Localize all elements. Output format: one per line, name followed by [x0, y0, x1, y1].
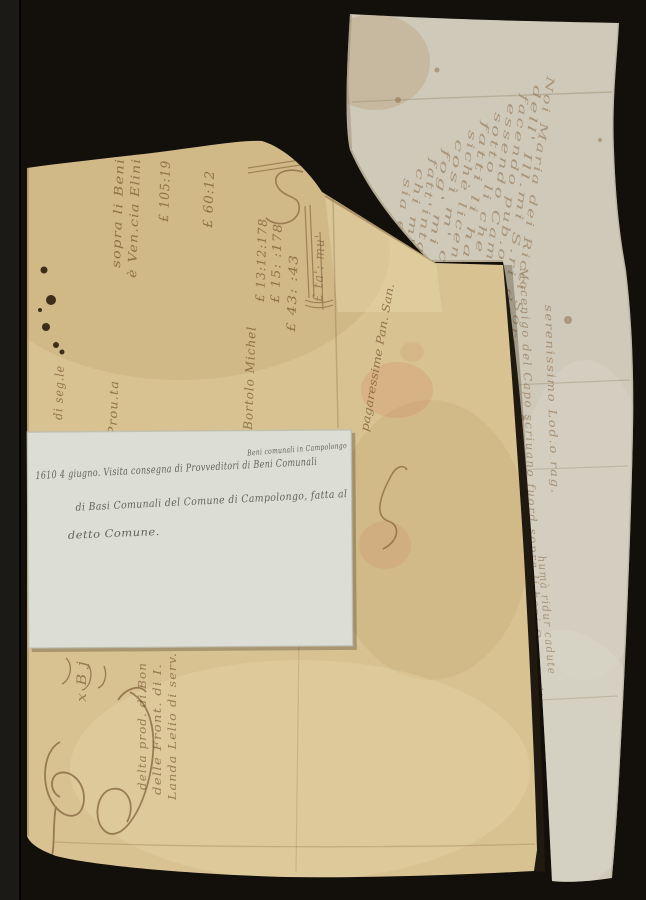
- red-stain-lower: [359, 521, 411, 569]
- account-entry: di seg.le: [51, 365, 67, 420]
- account-entry: £ 15: :178: [268, 223, 285, 305]
- handwritten-line: x B j: [75, 660, 90, 702]
- photo-backdrop: Noi Maria dei Ricci Soranzo Mocenigo del…: [0, 0, 646, 900]
- account-entry: £ 105:19: [157, 160, 174, 223]
- backdrop-left-strip: [0, 0, 19, 900]
- account-entry: £ 43: :43: [284, 254, 301, 334]
- handwritten-line: Landa Lelio di serv.: [166, 652, 179, 801]
- backdrop-seam: [19, 0, 21, 900]
- handwritten-line: delta prod. di Bon: [136, 662, 149, 790]
- account-entry: £ 60:12: [201, 170, 218, 230]
- account-entry: £ 13:12:178: [253, 218, 270, 303]
- archival-label: Beni comunali in Campolongo 1610 4 giugn…: [27, 430, 357, 652]
- red-stain-small: [400, 342, 424, 362]
